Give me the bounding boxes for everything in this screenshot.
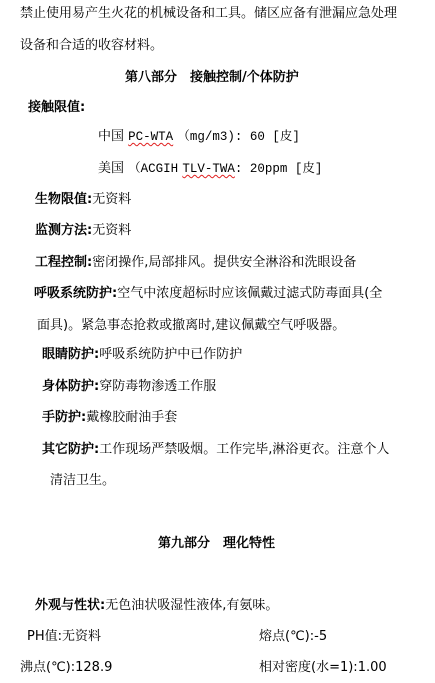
engineering-row: 工程控制:密闭操作,局部排风。提供安全淋浴和洗眼设备 bbox=[35, 255, 356, 271]
appearance-label: 外观与性状: bbox=[35, 598, 105, 613]
respiratory-row: 呼吸系统防护:空气中浓度超标时应该佩戴过滤式防毒面具(全 bbox=[34, 286, 382, 302]
respiratory-label: 呼吸系统防护: bbox=[34, 286, 117, 301]
relative-density-label: 相对密度(水=1): bbox=[259, 660, 358, 675]
boiling-point-row: 沸点(℃):128.9 bbox=[20, 660, 112, 676]
engineering-label: 工程控制: bbox=[35, 255, 92, 270]
appearance-value: 无色油状吸湿性液体,有氨味。 bbox=[105, 598, 278, 613]
other-protection-continuation-row: 清洁卫生。 bbox=[50, 473, 115, 489]
section-9-title: 第九部分 理化特性 bbox=[158, 536, 275, 551]
bio-limits-label: 生物限值: bbox=[35, 192, 92, 207]
exposure-china-row: 中国 PC-WTA （mg/m3): 60 [皮] bbox=[98, 129, 300, 145]
boiling-point-label: 沸点(℃): bbox=[20, 660, 75, 675]
monitoring-label: 监测方法: bbox=[35, 223, 92, 238]
body-protection-value: 穿防毒物渗透工作服 bbox=[99, 379, 216, 394]
exposure-limits-label-row: 接触限值: bbox=[28, 100, 85, 116]
intro-text-2: 设备和合适的收容材料。 bbox=[20, 38, 163, 53]
hand-protection-row: 手防护:戴橡胶耐油手套 bbox=[42, 410, 177, 426]
melting-point-row: 熔点(℃):-5 bbox=[259, 629, 327, 645]
usa-prefix: （ACGIH bbox=[128, 162, 178, 176]
intro-text-1: 禁止使用易产生火花的机械设备和工具。储区应备有泄漏应急处理 bbox=[20, 6, 397, 21]
section-8-title: 第八部分 接触控制/个体防护 bbox=[125, 70, 299, 85]
eye-protection-value: 呼吸系统防护中已作防护 bbox=[99, 347, 242, 362]
body-protection-row: 身体防护:穿防毒物渗透工作服 bbox=[42, 379, 216, 395]
ph-label: PH值: bbox=[27, 629, 62, 644]
ph-row: PH值:无资料 bbox=[27, 629, 101, 645]
melting-point-value: -5 bbox=[314, 629, 327, 644]
intro-line-1: 禁止使用易产生火花的机械设备和工具。储区应备有泄漏应急处理 bbox=[20, 6, 397, 22]
relative-density-value: 1.00 bbox=[358, 660, 387, 675]
respiratory-continuation-row: 面具)。紧急事态抢救或撤离时,建议佩戴空气呼吸器。 bbox=[37, 318, 345, 334]
eye-protection-row: 眼睛防护:呼吸系统防护中已作防护 bbox=[42, 347, 242, 363]
body-protection-label: 身体防护: bbox=[42, 379, 99, 394]
eye-protection-label: 眼睛防护: bbox=[42, 347, 99, 362]
section-9-heading: 第九部分 理化特性 bbox=[158, 536, 275, 552]
relative-density-row: 相对密度(水=1):1.00 bbox=[259, 660, 387, 676]
china-value: （mg/m3): 60 [皮] bbox=[177, 130, 300, 144]
bio-limits-value: 无资料 bbox=[92, 192, 131, 207]
china-standard: PC-WTA bbox=[128, 130, 173, 144]
melting-point-label: 熔点(℃): bbox=[259, 629, 314, 644]
section-8-heading: 第八部分 接触控制/个体防护 bbox=[125, 70, 299, 86]
exposure-usa-row: 美国 （ACGIH TLV-TWA: 20ppm [皮] bbox=[98, 161, 322, 177]
boiling-point-value: 128.9 bbox=[75, 660, 112, 675]
other-protection-value-2: 清洁卫生。 bbox=[50, 473, 115, 488]
appearance-row: 外观与性状:无色油状吸湿性液体,有氨味。 bbox=[35, 598, 278, 614]
other-protection-row: 其它防护:工作现场严禁吸烟。工作完毕,淋浴更衣。注意个人 bbox=[42, 442, 389, 458]
hand-protection-value: 戴橡胶耐油手套 bbox=[86, 410, 177, 425]
engineering-value: 密闭操作,局部排风。提供安全淋浴和洗眼设备 bbox=[92, 255, 356, 270]
usa-standard: TLV-TWA bbox=[182, 162, 235, 176]
intro-line-2: 设备和合适的收容材料。 bbox=[20, 38, 163, 54]
other-protection-value-1: 工作现场严禁吸烟。工作完毕,淋浴更衣。注意个人 bbox=[99, 442, 389, 457]
bio-limits-row: 生物限值:无资料 bbox=[35, 192, 131, 208]
monitoring-value: 无资料 bbox=[92, 223, 131, 238]
usa-label: 美国 bbox=[98, 161, 124, 176]
usa-value: : 20ppm [皮] bbox=[235, 162, 323, 176]
monitoring-row: 监测方法:无资料 bbox=[35, 223, 131, 239]
respiratory-value-2: 面具)。紧急事态抢救或撤离时,建议佩戴空气呼吸器。 bbox=[37, 318, 345, 333]
china-label: 中国 bbox=[98, 129, 124, 144]
ph-value: 无资料 bbox=[62, 629, 101, 644]
exposure-limits-label: 接触限值: bbox=[28, 100, 85, 115]
other-protection-label: 其它防护: bbox=[42, 442, 99, 457]
hand-protection-label: 手防护: bbox=[42, 410, 86, 425]
respiratory-value-1: 空气中浓度超标时应该佩戴过滤式防毒面具(全 bbox=[117, 286, 382, 301]
